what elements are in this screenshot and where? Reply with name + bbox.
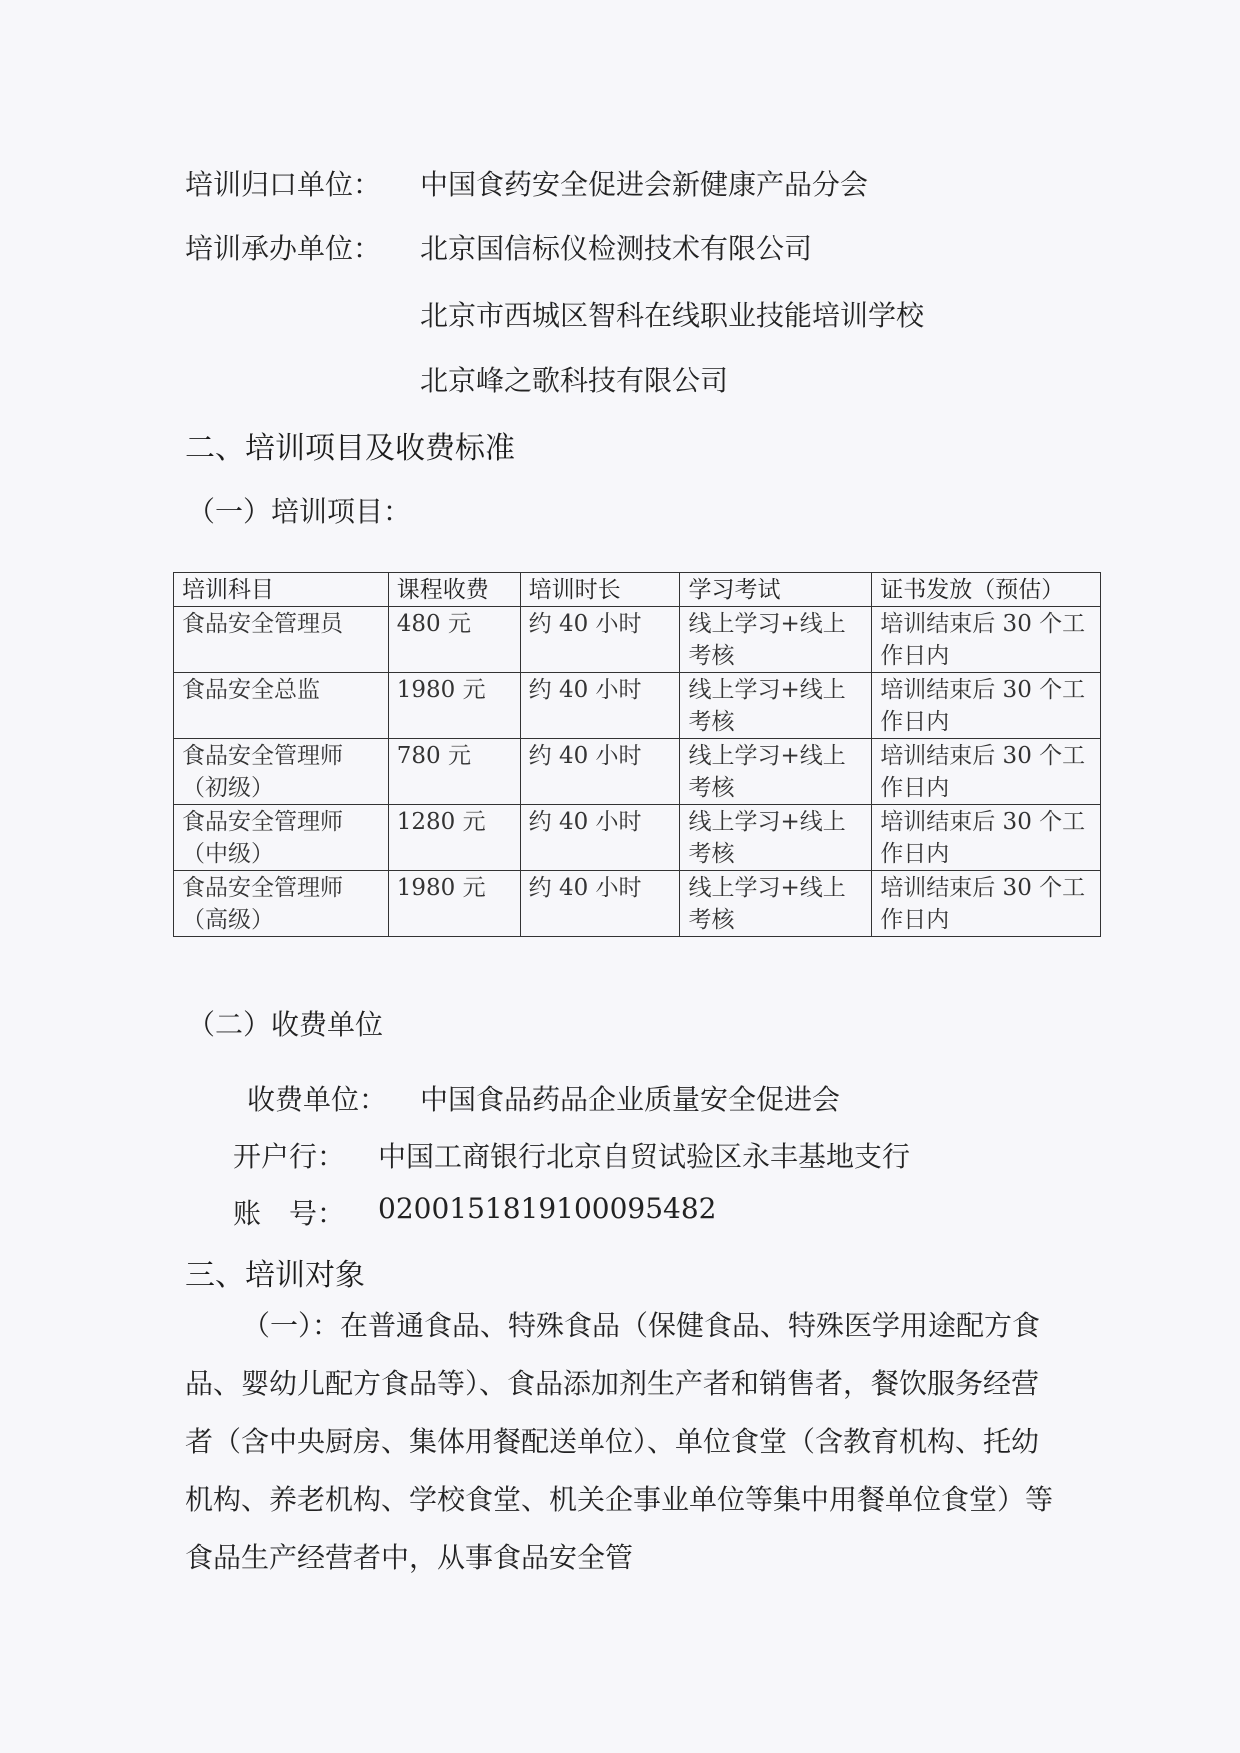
cell-duration: 约 40 小时	[520, 607, 680, 673]
cell-exam: 线上学习+线上考核	[680, 739, 872, 805]
training-fee-table: 培训科目 课程收费 培训时长 学习考试 证书发放（预估） 食品安全管理员 480…	[173, 572, 1101, 937]
cell-cert: 培训结束后 30 个工作日内	[872, 871, 1101, 937]
cell-exam: 线上学习+线上考核	[680, 673, 872, 739]
table-row: 食品安全总监 1980 元 约 40 小时 线上学习+线上考核 培训结束后 30…	[174, 673, 1101, 739]
account-value: 0200151819100095482	[378, 1192, 716, 1225]
cell-fee: 1980 元	[388, 871, 520, 937]
cell-fee: 780 元	[388, 739, 520, 805]
cell-subject: 食品安全管理师（高级）	[174, 871, 389, 937]
section-3-title: 三、培训对象	[185, 1250, 365, 1294]
cell-exam: 线上学习+线上考核	[680, 607, 872, 673]
table-header-row: 培训科目 课程收费 培训时长 学习考试 证书发放（预估）	[174, 573, 1101, 607]
supervisor-label: 培训归口单位：	[185, 163, 381, 203]
cell-duration: 约 40 小时	[520, 805, 680, 871]
supervisor-value: 中国食药安全促进会新健康产品分会	[420, 163, 868, 203]
section-2-title: 二、培训项目及收费标准	[185, 423, 515, 467]
header-duration: 培训时长	[520, 573, 680, 607]
cell-subject: 食品安全管理员	[174, 607, 389, 673]
header-cert: 证书发放（预估）	[872, 573, 1101, 607]
host-value-1: 北京国信标仪检测技术有限公司	[420, 227, 812, 267]
cell-duration: 约 40 小时	[520, 871, 680, 937]
cell-cert: 培训结束后 30 个工作日内	[872, 805, 1101, 871]
table-row: 食品安全管理员 480 元 约 40 小时 线上学习+线上考核 培训结束后 30…	[174, 607, 1101, 673]
bank-label: 开户行：	[233, 1135, 345, 1175]
host-value-3: 北京峰之歌科技有限公司	[420, 359, 728, 399]
section-2-sub1-title: （一）培训项目：	[187, 490, 411, 530]
table-row: 食品安全管理师（初级） 780 元 约 40 小时 线上学习+线上考核 培训结束…	[174, 739, 1101, 805]
bank-value: 中国工商银行北京自贸试验区永丰基地支行	[378, 1135, 910, 1175]
header-exam: 学习考试	[680, 573, 872, 607]
cell-subject: 食品安全管理师（中级）	[174, 805, 389, 871]
cell-cert: 培训结束后 30 个工作日内	[872, 607, 1101, 673]
section-2-sub2-title: （二）收费单位	[187, 1003, 383, 1043]
cell-subject: 食品安全管理师（初级）	[174, 739, 389, 805]
cell-cert: 培训结束后 30 个工作日内	[872, 673, 1101, 739]
cell-fee: 1980 元	[388, 673, 520, 739]
cell-exam: 线上学习+线上考核	[680, 805, 872, 871]
payee-value: 中国食品药品企业质量安全促进会	[420, 1078, 840, 1118]
cell-fee: 1280 元	[388, 805, 520, 871]
cell-duration: 约 40 小时	[520, 739, 680, 805]
header-fee: 课程收费	[388, 573, 520, 607]
section-3-paragraph: （一）：在普通食品、特殊食品（保健食品、特殊医学用途配方食品、婴幼儿配方食品等）…	[185, 1297, 1055, 1587]
table-row: 食品安全管理师（中级） 1280 元 约 40 小时 线上学习+线上考核 培训结…	[174, 805, 1101, 871]
header-subject: 培训科目	[174, 573, 389, 607]
host-label: 培训承办单位：	[185, 227, 381, 267]
cell-duration: 约 40 小时	[520, 673, 680, 739]
host-value-2: 北京市西城区智科在线职业技能培训学校	[420, 294, 924, 334]
cell-cert: 培训结束后 30 个工作日内	[872, 739, 1101, 805]
cell-fee: 480 元	[388, 607, 520, 673]
payee-label: 收费单位：	[247, 1078, 387, 1118]
account-label: 账 号：	[233, 1192, 345, 1232]
table-row: 食品安全管理师（高级） 1980 元 约 40 小时 线上学习+线上考核 培训结…	[174, 871, 1101, 937]
cell-exam: 线上学习+线上考核	[680, 871, 872, 937]
cell-subject: 食品安全总监	[174, 673, 389, 739]
